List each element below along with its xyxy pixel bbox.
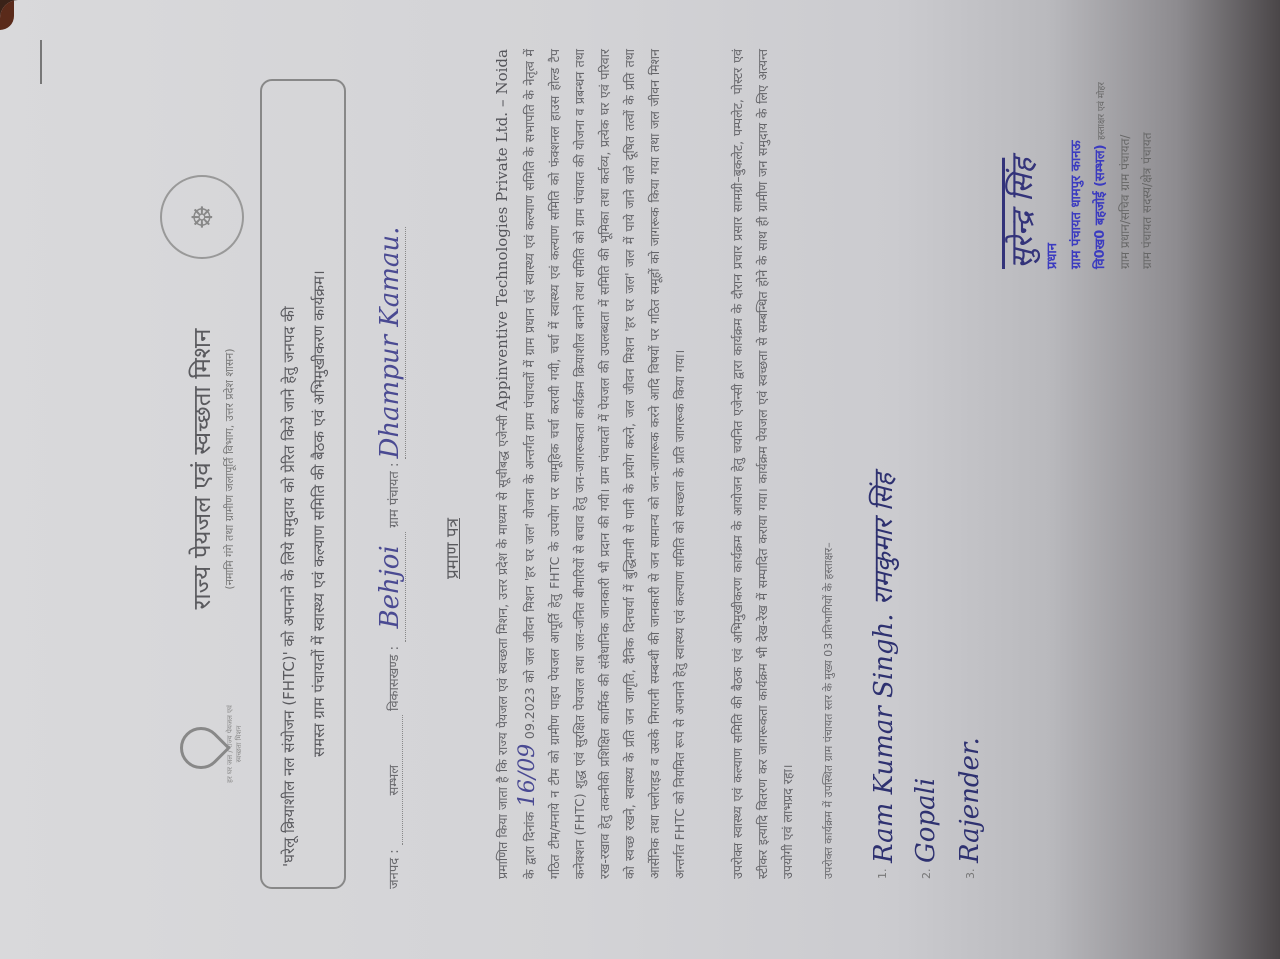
stamp-line-1: ग्राम पंचायत धामपुर कानऊ <box>1065 0 1089 269</box>
para1-mid: के द्वारा दिनांक <box>522 812 537 879</box>
signatory-number: 1. <box>876 863 889 879</box>
signatories-intro: उपरोक्त कार्यक्रम में उपस्थित ग्राम पंचा… <box>820 49 838 879</box>
signatory-item: 3. Rajender. <box>948 179 992 879</box>
block-label: विकासखण्ड : <box>387 646 402 711</box>
notice-line-2: समस्त ग्राम पंचायतों में स्वास्थ्य एवं क… <box>304 101 334 867</box>
pradhan-title: प्रधान <box>1041 0 1065 269</box>
date-printed: 09.2023 <box>522 687 537 739</box>
signatory-number: 3. <box>964 863 977 879</box>
signatory-item: 1. Ram Kumar Singh. रामकुमार सिंह <box>860 179 904 879</box>
certificate-title: प्रमाण पत्र <box>440 499 463 579</box>
district-label: जनपद : <box>387 849 402 889</box>
mission-title: राज्य पेयजल एवं स्वच्छता मिशन <box>185 239 218 699</box>
block-value: Behjoi <box>375 532 406 642</box>
signatory-item: 2. Gopali <box>904 179 948 879</box>
notice-box: 'घरेलू क्रियाशील नल संयोजन (FHTC)' को अप… <box>260 79 346 889</box>
stamp-note: हस्ताक्षर एवं मोहर <box>1097 82 1107 140</box>
certificate-page: हर घर जल / राज्य पेयजल एवं स्वच्छता मिशन… <box>160 0 1280 959</box>
role-line-2: ग्राम पंचायत सदस्य/क्षेत्र पंचायत <box>1136 0 1158 269</box>
signatory-signature: Ram Kumar Singh. रामकुमार सिंह <box>864 473 900 863</box>
signatory-number: 2. <box>920 863 933 879</box>
state-emblem-icon: ☸ <box>160 175 244 259</box>
pradhan-signature: सुरेन्द्र सिंह <box>1000 0 1041 269</box>
para1-rest: को जल जीवन मिशन 'हर घर जल' योजना के अन्त… <box>522 49 687 879</box>
background-table-corner <box>0 0 14 30</box>
role-line-1: ग्राम प्रधान/सचिव ग्राम पंचायत/ <box>1114 0 1136 269</box>
water-drop-icon <box>171 718 230 777</box>
agency-name: Appinventive Technologies Private Ltd. –… <box>493 49 511 411</box>
logo-caption: हर घर जल / राज्य पेयजल एवं स्वच्छता मिशन <box>226 699 244 789</box>
photographed-document: हर घर जल / राज्य पेयजल एवं स्वच्छता मिशन… <box>0 0 1280 959</box>
certificate-paragraph-1: प्रमाणित किया जाता है कि राज्य पेयजल एवं… <box>490 49 692 879</box>
mission-subtitle: (नमामि गंगे तथा ग्रामीण जलापूर्ति विभाग,… <box>222 239 237 699</box>
staple-mark <box>40 40 42 84</box>
panchayat-value: Dhampur Kamau. <box>375 227 406 459</box>
pradhan-signature-block: सुरेन्द्र सिंह प्रधान ग्राम पंचायत धामपु… <box>1000 0 1158 269</box>
date-handwritten: 16/09 <box>515 744 540 807</box>
signatory-signature: Gopali <box>911 778 941 863</box>
stamp-line-2: वि0ख0 बहजोई (सम्भल) हस्ताक्षर एवं मोहर <box>1089 0 1114 269</box>
panchayat-label: ग्राम पंचायत : <box>387 463 402 528</box>
signatory-signature: Rajender. <box>955 737 985 863</box>
certificate-paragraph-2: उपरोक्त स्वास्थ्य एवं कल्याण समिति की बै… <box>725 49 800 879</box>
signatories-list: 1. Ram Kumar Singh. रामकुमार सिंह 2. Gop… <box>860 179 992 879</box>
location-row: जनपद : सम्भल विकासखण्ड : Behjoi ग्राम पं… <box>375 9 406 889</box>
para1-start: प्रमाणित किया जाता है कि राज्य पेयजल एवं… <box>495 415 510 879</box>
notice-line-1: 'घरेलू क्रियाशील नल संयोजन (FHTC)' को अप… <box>280 306 298 867</box>
district-value: सम्भल <box>384 715 403 845</box>
stamp-line-2-text: वि0ख0 बहजोई (सम्भल) <box>1093 144 1108 269</box>
